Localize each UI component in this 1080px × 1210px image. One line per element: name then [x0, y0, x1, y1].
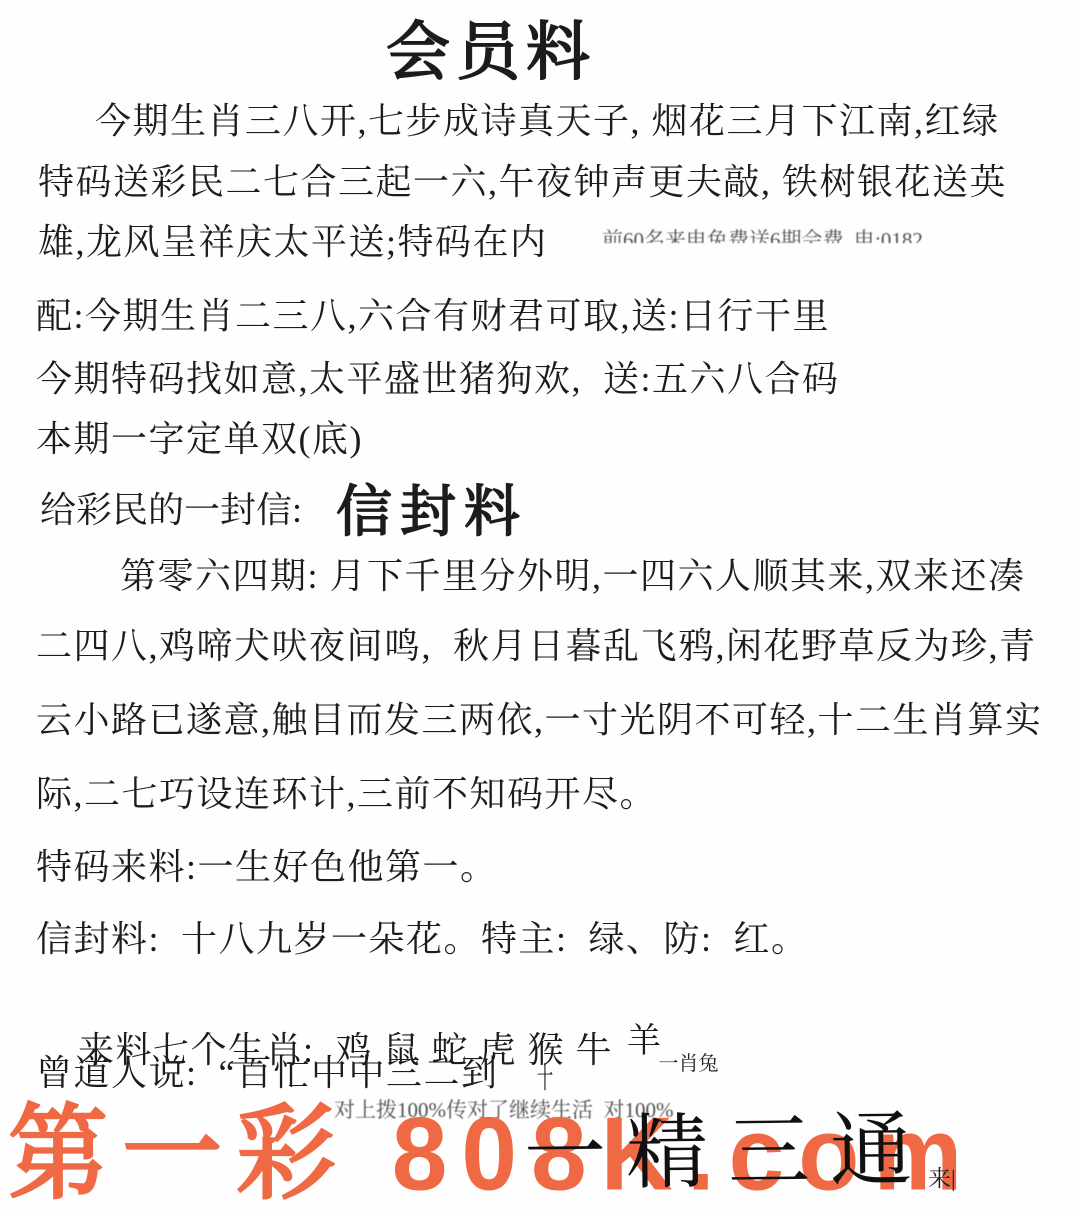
scanned-tipsheet-page: 会员料 今期生肖三八开,七步成诗真天子, 烟花三月下江南,红绿 特码送彩民二七合… — [0, 0, 1080, 1210]
member-danshuang-line: 本期一字定单双(底) — [36, 419, 363, 460]
member-paragraph-line-2: 特码送彩民二七合三起一六,午夜钟声更夫敲, 铁树银花送英 — [38, 162, 1007, 203]
zengdaoren-quote-line: 曾道人说: “百忙中中三二到 — [36, 1053, 498, 1094]
member-faded-note: 前60名来电免费送6期会费 电:0182…… — [602, 228, 965, 243]
zodiac-last-animal: 羊 — [627, 1022, 663, 1061]
quote-trailing-mark: 十 — [537, 1053, 554, 1097]
zodiac-extra-note: 一肖兔 — [659, 1053, 719, 1076]
member-paragraph-line-1: 今期生肖三八开,七步成诗真天子, 烟花三月下江南,红绿 — [95, 101, 1000, 142]
envelope-poem-line-3: 云小路已遂意,触目而发三两依,一寸光阴不可轻,十二生肖算实 — [36, 700, 1043, 741]
envelope-poem-line-2: 二四八,鸡啼犬吠夜间鸣, 秋月日暮乱飞鸦,闲花野草反为珍,青 — [36, 626, 1037, 667]
member-paragraph-line-3: 雄,龙风呈祥庆太平送;特码在内 — [38, 222, 548, 263]
member-section-title: 会员料 — [386, 16, 596, 90]
envelope-section-title: 信封料 — [336, 468, 528, 548]
member-tema-line: 今期特码找如意,太平盛世猪狗欢, 送:五六八合码 — [36, 359, 840, 400]
envelope-lead-label: 给彩民的一封信: — [40, 468, 336, 533]
envelope-header-row: 给彩民的一封信: 信封料 — [40, 468, 528, 548]
handwritten-overlay-text: 一精三通 — [524, 1110, 933, 1196]
envelope-poem-line-4: 际,二七巧设连环计,三前不知码开尽。 — [36, 774, 657, 815]
envelope-zodiac-line: 来料七个生肖: 鸡 鼠 蛇 虎 猴 牛羊一肖兔 — [36, 989, 719, 1113]
envelope-xinfeng-line: 信封料: 十八九岁一朵花。特主: 绿、防: 红。 — [36, 919, 809, 960]
handwritten-overlay-note: 来| — [928, 1160, 956, 1193]
envelope-poem-line-1: 第零六四期: 月下千里分外明,一四六人顺其来,双来还凑 — [120, 556, 1026, 597]
envelope-tema-line: 特码来料:一生好色他第一。 — [36, 847, 498, 888]
member-pei-line: 配:今期生肖二三八,六合有财君可取,送:日行干里 — [36, 296, 830, 337]
